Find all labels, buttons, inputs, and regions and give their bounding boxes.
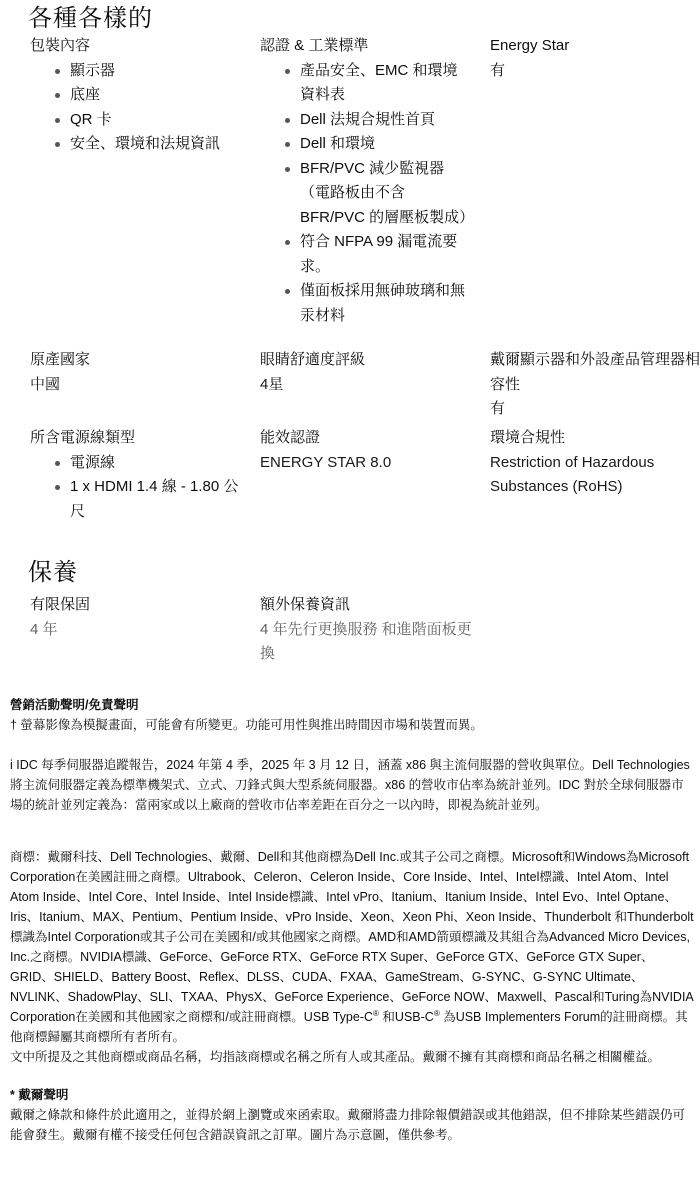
list-item: 電源線 bbox=[70, 451, 240, 476]
power-cable: 所含電源線類型 電源線 1 x HDMI 1.4 線 - 1.80 公尺 bbox=[30, 426, 240, 524]
environmental-compliance: 環境合規性 Restriction of Hazardous Substance… bbox=[490, 426, 690, 500]
list-item: 符合 NFPA 99 漏電流要求。 bbox=[300, 230, 470, 279]
trademarks: 商標：戴爾科技、Dell Technologies、戴爾、Dell和其他商標為D… bbox=[10, 847, 695, 1047]
list-item: BFR/PVC 減少監視器（電路板由不含 BFR/PVC 的層壓板製成） bbox=[300, 157, 470, 231]
package-contents-list: 顯示器 底座 QR 卡 安全、環境和法規資訊 bbox=[30, 59, 240, 157]
environmental-label: 環境合規性 bbox=[490, 426, 690, 451]
list-item-link[interactable]: Dell 法規合規性首頁 bbox=[300, 108, 470, 133]
list-item: 安全、環境和法規資訊 bbox=[70, 132, 240, 157]
other-trademarks: 文中所提及之其他商標或商品名稱，均指該商標或名稱之所有人或其產品。戴爾不擁有其商… bbox=[10, 1047, 695, 1067]
package-contents: 包裝內容 顯示器 底座 QR 卡 安全、環境和法規資訊 bbox=[30, 34, 240, 157]
additional-warranty-label: 額外保養資訊 bbox=[260, 593, 475, 618]
certifications-list: 產品安全、EMC 和環境資料表 Dell 法規合規性首頁 Dell 和環境 BF… bbox=[260, 59, 470, 329]
trademarks-text: 商標：戴爾科技、Dell Technologies、戴爾、Dell和其他商標為D… bbox=[10, 850, 694, 1024]
country-label: 原產國家 bbox=[30, 348, 240, 373]
energy-star-value: 有 bbox=[490, 59, 700, 84]
dell-statement-title: * 戴爾聲明 bbox=[10, 1085, 695, 1105]
list-item: 底座 bbox=[70, 83, 240, 108]
warranty-section-title: 保養 bbox=[28, 552, 78, 587]
additional-warranty-value: 4 年先行更換服務 和進階面板更換 bbox=[260, 618, 475, 667]
country-value: 中國 bbox=[30, 373, 240, 398]
misc-section-title: 各種各樣的 bbox=[28, 0, 153, 33]
energy-cert-value: ENERGY STAR 8.0 bbox=[260, 451, 470, 476]
dagger-note: † 螢幕影像為模擬畫面，可能會有所變更。功能可用性與推出時間因市場和裝置而異。 bbox=[10, 715, 695, 735]
display-manager-label: 戴爾顯示器和外設產品管理器相容性 bbox=[490, 348, 700, 397]
list-item-link[interactable]: 產品安全、EMC 和環境資料表 bbox=[300, 59, 470, 108]
trademarks-text: 和USB-C bbox=[379, 1010, 434, 1024]
display-manager-value: 有 bbox=[490, 397, 700, 422]
limited-warranty-value: 4 年 bbox=[30, 618, 240, 643]
package-contents-label: 包裝內容 bbox=[30, 34, 240, 59]
certifications-label: 認證 & 工業標準 bbox=[260, 34, 470, 59]
dell-statement: 戴爾之條款和條件於此適用之，並得於網上瀏覽或來函索取。戴爾將盡力排除報價錯誤或其… bbox=[10, 1105, 695, 1145]
country-of-origin: 原產國家 中國 bbox=[30, 348, 240, 397]
list-item: QR 卡 bbox=[70, 108, 240, 133]
additional-warranty: 額外保養資訊 4 年先行更換服務 和進階面板更換 bbox=[260, 593, 475, 667]
eye-comfort: 眼睛舒適度評級 4星 bbox=[260, 348, 470, 397]
energy-star-label: Energy Star bbox=[490, 34, 700, 59]
list-item: 顯示器 bbox=[70, 59, 240, 84]
power-cable-label: 所含電源線類型 bbox=[30, 426, 240, 451]
energy-cert-label: 能效認證 bbox=[260, 426, 470, 451]
marketing-disclaimer-title: 營銷活動聲明/免責聲明 bbox=[10, 695, 695, 715]
energy-cert: 能效認證 ENERGY STAR 8.0 bbox=[260, 426, 470, 475]
list-item: 僅面板採用無砷玻璃和無汞材料 bbox=[300, 279, 470, 328]
limited-warranty: 有限保固 4 年 bbox=[30, 593, 240, 642]
display-manager: 戴爾顯示器和外設產品管理器相容性 有 bbox=[490, 348, 700, 422]
energy-star: Energy Star 有 bbox=[490, 34, 700, 83]
certifications: 認證 & 工業標準 產品安全、EMC 和環境資料表 Dell 法規合規性首頁 D… bbox=[260, 34, 470, 328]
power-cable-list: 電源線 1 x HDMI 1.4 線 - 1.80 公尺 bbox=[30, 451, 240, 525]
idc-note: i IDC 每季伺服器追蹤報告，2024 年第 4 季，2025 年 3 月 1… bbox=[10, 755, 695, 815]
eye-comfort-label: 眼睛舒適度評級 bbox=[260, 348, 470, 373]
legal-disclaimers: 營銷活動聲明/免責聲明 † 螢幕影像為模擬畫面，可能會有所變更。功能可用性與推出… bbox=[10, 695, 695, 1145]
limited-warranty-label: 有限保固 bbox=[30, 593, 240, 618]
list-item: 1 x HDMI 1.4 線 - 1.80 公尺 bbox=[70, 475, 240, 524]
eye-comfort-value: 4星 bbox=[260, 373, 470, 398]
list-item-link[interactable]: Dell 和環境 bbox=[300, 132, 470, 157]
environmental-value: Restriction of Hazardous Substances (RoH… bbox=[490, 451, 690, 500]
